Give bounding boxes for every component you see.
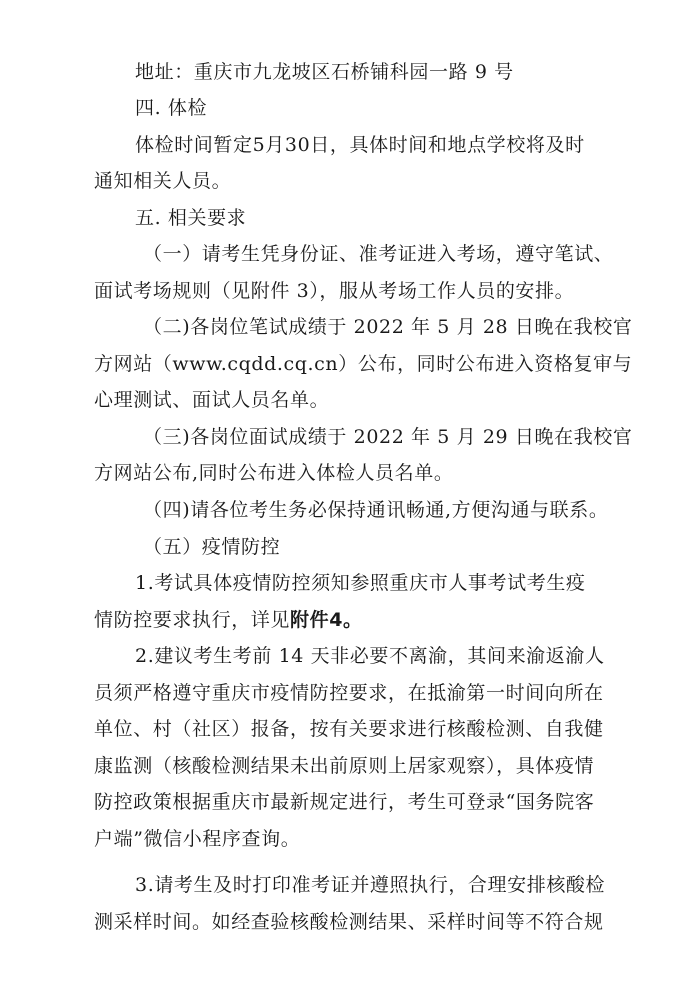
paragraph-line: 通知相关人员。 <box>94 169 634 193</box>
paragraph-line: （一）请考生凭身份证、准考证进入考场，遵守笔试、 <box>143 242 683 266</box>
paragraph-line: 面试考场规则（见附件 3），服从考场工作人员的安排。 <box>94 279 634 303</box>
paragraph-line: 2.建议考生考前 14 天非必要不离渝，其间来渝返渝人 <box>135 644 675 668</box>
attachment-reference: 附件4。 <box>290 609 363 631</box>
paragraph-line: （四)请各位考生务必保持通讯畅通,方便沟通与联系。 <box>143 498 683 522</box>
paragraph-line: 户端”微信小程序查询。 <box>94 827 634 851</box>
paragraph-line: 心理测试、面试人员名单。 <box>94 388 634 412</box>
paragraph-line: 测采样时间。如经查验核酸检测结果、采样时间等不符合规 <box>94 910 634 934</box>
subsection-heading-epidemic: （五）疫情防控 <box>143 535 683 559</box>
paragraph-line: 体检时间暂定5月30日，具体时间和地点学校将及时 <box>135 133 675 157</box>
paragraph-line: 方网站（www.cqdd.cq.cn）公布，同时公布进入资格复审与 <box>94 352 634 376</box>
paragraph-line: （二)各岗位笔试成绩于 2022 年 5 月 28 日晚在我校官 <box>143 315 683 339</box>
paragraph-text: 情防控要求执行，详见 <box>94 609 290 631</box>
paragraph-line: 员须严格遵守重庆市疫情防控要求，在抵渝第一时间向所在 <box>94 681 634 705</box>
document-page: 地址：重庆市九龙坡区石桥铺科园一路 9 号 四. 体检 体检时间暂定5月30日，… <box>0 0 683 996</box>
address-line: 地址：重庆市九龙坡区石桥铺科园一路 9 号 <box>135 60 675 84</box>
section-heading-requirements: 五. 相关要求 <box>135 206 675 230</box>
paragraph-line: 情防控要求执行，详见附件4。 <box>94 608 634 632</box>
paragraph-line: 方网站公布,同时公布进入体检人员名单。 <box>94 461 634 485</box>
paragraph-line: （三)各岗位面试成绩于 2022 年 5 月 29 日晚在我校官 <box>143 425 683 449</box>
paragraph-line: 防控政策根据重庆市最新规定进行，考生可登录“国务院客 <box>94 790 634 814</box>
paragraph-line: 1.考试具体疫情防控须知参照重庆市人事考试考生疫 <box>135 571 675 595</box>
paragraph-line: 康监测（核酸检测结果未出前原则上居家观察），具体疫情 <box>94 754 634 778</box>
section-heading-physical-exam: 四. 体检 <box>135 96 675 120</box>
paragraph-line: 单位、村（社区）报备，按有关要求进行核酸检测、自我健 <box>94 717 634 741</box>
paragraph-line: 3.请考生及时打印准考证并遵照执行，合理安排核酸检 <box>135 873 675 897</box>
